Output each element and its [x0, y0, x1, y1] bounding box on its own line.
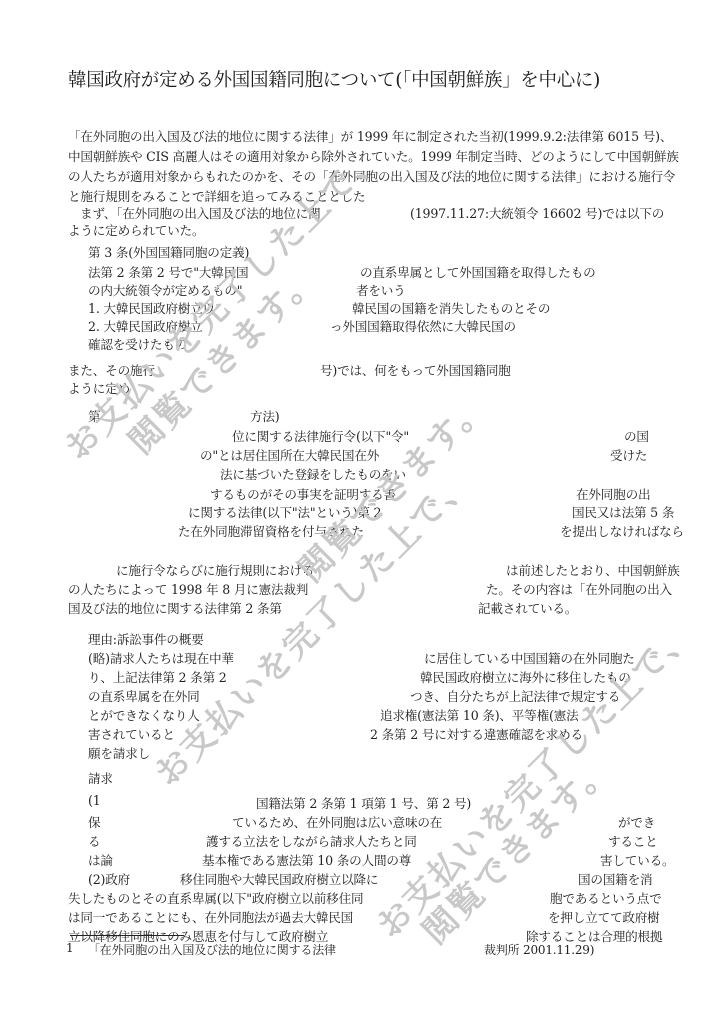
paragraph-line: 号)では、何をもって外国国籍同胞 — [320, 360, 511, 379]
paragraph-line: 国及び法的地位に関する法律第 2 条第 — [68, 598, 282, 617]
paragraph-line: 記載されている。 — [478, 598, 577, 617]
claim-line: すること — [608, 831, 658, 850]
document-title: 韓国政府が定める外国国籍同胞について(「中国朝鮮族」を中心に) — [68, 66, 600, 92]
reason-line: 2 条第 2 号に対する違憲確認を求める — [370, 724, 583, 743]
paragraph-line: の人たちによって 1998 年 8 月に憲法裁判 — [68, 579, 308, 598]
paragraph-line: 中国朝鮮族や CIS 高麗人はその適用対象から除外されていた。1999 年制定当… — [68, 146, 679, 165]
article-line: 確認を受けたもの — [88, 334, 187, 353]
claim-line: (1 — [88, 793, 101, 808]
article-line: 国民又は法第 5 条 — [572, 502, 674, 521]
claim-line: 基本権である憲法第 10 条の人間の尊 — [202, 850, 411, 869]
footnote-number: 1 — [66, 941, 73, 955]
claim-line: ているため、在外同胞は広い意味の在 — [232, 812, 442, 831]
article-line: 受けた — [610, 445, 647, 464]
article-line: 韓民国の国籍を消失したものとその — [352, 298, 550, 317]
reason-line: に居住している中国国籍の在外同胞た — [424, 648, 635, 667]
claim-line: は同一であることにも、在外同胞法が過去大韓民国 — [68, 907, 353, 926]
reason-line: 願を請求し — [88, 743, 150, 762]
reason-line: の直系卑属を在外同 — [88, 686, 200, 705]
article-line: の"とは居住国所在大韓民国在外 — [200, 445, 379, 464]
footnote-divider — [70, 935, 184, 936]
article-line: 者をいう — [356, 280, 406, 299]
reason-line: 害されていると — [88, 724, 175, 743]
paragraph-line: た。その内容は「在外同胞の出入 — [486, 579, 672, 598]
claim-line: 保 — [88, 812, 100, 831]
document-page: 韓国政府が定める外国国籍同胞について(「中国朝鮮族」を中心に) 「在外同胞の出入… — [0, 0, 724, 1024]
claim-line: 護する立法をしながら請求人たちと同 — [206, 831, 417, 850]
reason-line: り、上記法律第 2 条第 2 — [88, 667, 227, 686]
claim-line: ができ — [618, 812, 655, 831]
claim-line: る — [88, 831, 100, 850]
paragraph-line: ように定められていた。 — [68, 220, 204, 239]
paragraph-line: は前述したとおり、中国朝鮮族 — [506, 560, 680, 579]
paragraph-line: 「在外同胞の出入国及び法的地位に関する法律」が 1999 年に制定された当初(1… — [68, 126, 672, 145]
reason-line: 韓民国政府樹立に海外に移住したもの — [420, 667, 631, 686]
article-line: の国 — [624, 426, 649, 445]
reason-line: (略)請求人たちは現在中華 — [88, 648, 234, 667]
article-line: するものがその事実を証明する書 — [210, 484, 396, 503]
article-line: 2. 大韓民国政府樹立 — [88, 316, 203, 335]
article-line: の直系卑属として外国国籍を取得したもの — [360, 262, 595, 281]
article-heading: 方法) — [250, 406, 280, 425]
article-line: を提出しなければなら — [560, 521, 684, 540]
article-line: に関する法律(以下"法"という)第 2 — [188, 502, 381, 521]
article-line: の内大統領令が定めるもの" — [88, 280, 242, 299]
paragraph-line: の人たちが適用対象からもれたのかを、その「在外同胞の出入国及び法的地位に関する法… — [68, 166, 675, 185]
claim-line: を押し立てて政府樹 — [548, 907, 660, 926]
claim-line: は論 — [88, 850, 113, 869]
reason-line: 追求権(憲法第 10 条)、平等権(憲法 — [380, 705, 579, 724]
footnote-text: 裁判所 2001.11.29) — [484, 941, 594, 958]
claim-line: 移住同胞や大韓民国政府樹立以降に — [180, 869, 378, 888]
paragraph-line: に施行令ならびに施行規則における — [116, 560, 314, 579]
paragraph-line: また、その施行 — [68, 360, 155, 379]
article-line: た在外同胞滞留資格を付与された — [178, 521, 364, 540]
article-line: 1. 大韓民国政府樹立以 — [88, 298, 215, 317]
reason-line: つき、自分たちが上記法律で規定する — [410, 686, 620, 705]
paragraph-line: (1997.11.27:大統領令 16602 号)では以下の — [410, 203, 664, 222]
article-heading: 第 — [88, 406, 100, 425]
claim-line: 国の国籍を消 — [578, 869, 652, 888]
claim-line: 胞であるという点で — [550, 888, 662, 907]
paragraph-line: ように定め — [68, 378, 130, 397]
article-line: 位に関する法律施行令(以下"令" — [232, 426, 409, 445]
article-line: 法第 2 条第 2 号で"大韓民国 — [88, 262, 248, 281]
section-heading: 理由:訴訟事件の概要 — [88, 629, 204, 648]
article-line: っ外国国籍取得依然に大韓民国の — [330, 316, 516, 335]
footnote-text: 「在外同胞の出入国及び法的地位に関する法律 — [88, 941, 336, 958]
claim-line: 害している。 — [600, 850, 674, 869]
claim-line: 国籍法第 2 条第 1 項第 1 号、第 2 号) — [256, 793, 471, 812]
claim-line: (2)政府 — [88, 869, 130, 888]
section-heading: 請求 — [88, 768, 113, 787]
article-line: 在外同胞の出 — [576, 484, 650, 503]
reason-line: とができなくなり人 — [88, 705, 200, 724]
claim-line: 失したものとその直系卑属(以下"政府樹立以前移住同 — [68, 888, 363, 907]
article-heading: 第 3 条(外国国籍同胞の定義) — [88, 242, 249, 261]
article-line: 法に基づいた登録をしたものをい — [220, 464, 406, 483]
